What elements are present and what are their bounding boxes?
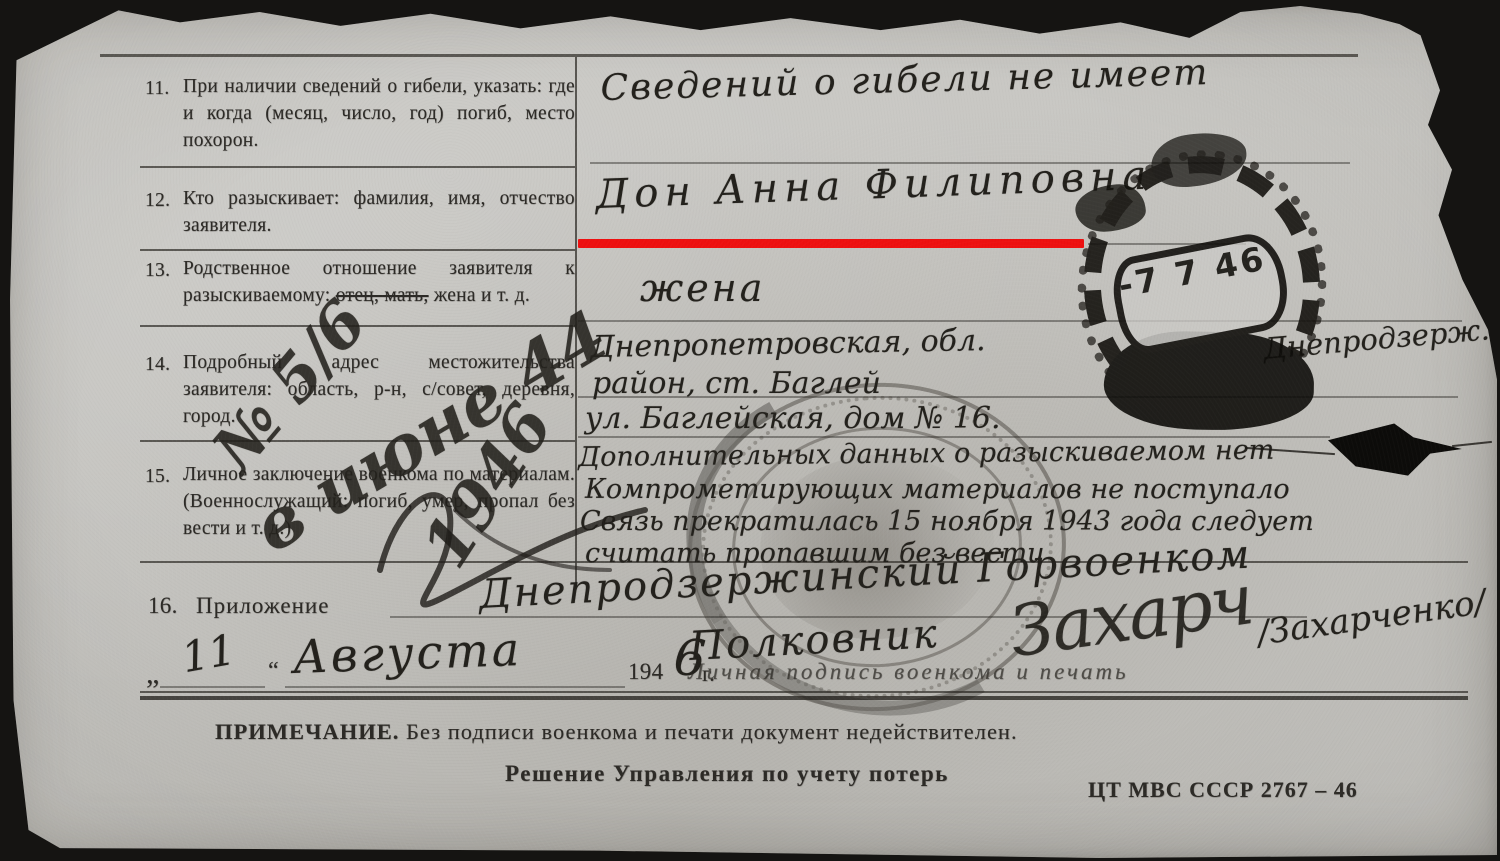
red-annotation-line [578,239,1084,248]
date-day-handwritten: 11 [178,625,239,683]
footer-decision: Решение Управления по учету потерь [505,760,949,787]
footer-note: ПРИМЕЧАНИЕ. Без подписи военкома и печат… [215,718,1018,745]
answer-13: жена [640,266,765,310]
rule-date-month-underline [285,686,625,688]
item-16-label: Приложение [196,592,329,619]
footer-note-title: ПРИМЕЧАНИЕ. [215,719,399,744]
answer-15-line1: Дополнительных данных о разыскиваемом не… [578,435,1274,473]
date-open-quote: „ [146,660,160,687]
answer-15-line3: Связь прекратилась 15 ноября 1943 года с… [580,506,1314,537]
item-13-label: Родственное отношение заявителя к разыск… [183,255,575,309]
item-12-label: Кто разыскивает: фамилия, имя, отчество … [183,185,575,239]
rule-footer-double-1 [140,691,1468,693]
rule-row11-left [140,166,575,168]
rule-footer-double-2 [140,696,1468,700]
item-11-number: 11. [145,75,170,102]
tear-scratch-2 [1452,441,1492,447]
signature-surname: /Захарченко/ [1255,582,1488,654]
tear-hole [1328,420,1466,478]
answer-14-line1: Днепропетровская, обл. [590,323,986,365]
document-scan: { "colors":{"paper":"#c9c8c4","ink":"#2c… [0,0,1500,861]
answer-14-line3: ул. Баглейская, дом № 16. [585,401,1001,436]
rule-date-day-underline [160,686,265,688]
postal-stamp: -7 7 46 [1064,138,1339,434]
date-month-handwritten: Августа [292,622,523,684]
rule-row12-left [140,249,575,251]
item-11-label: При наличии сведений о гибели, указать: … [183,73,575,154]
footer-form-code: ЦТ МВС СССР 2767 – 46 [1088,776,1358,803]
item-15-number: 15. [145,463,170,490]
answer-15-line2: Компрометирующих материалов не поступало [585,474,1290,505]
item-12-number: 12. [145,187,170,214]
date-year-printed: 194 [628,658,663,685]
answer-14-line2: район, ст. Баглей [592,366,881,401]
signature-flourish [360,450,660,620]
item-14-number: 14. [145,351,170,378]
paper-card: 11. При наличии сведений о гибели, указа… [0,0,1500,861]
answer-11: Сведений о гибели не имеет [600,52,1210,109]
item-13-label-struck: отец, мать, [336,285,429,306]
item-13-number: 13. [145,257,170,284]
date-close-quote: “ [268,658,279,685]
item-16-number: 16. [148,592,178,619]
footer-note-text: Без подписи военкома и печати документ н… [406,719,1018,744]
item-13-label-post: жена и т. д. [434,285,530,306]
